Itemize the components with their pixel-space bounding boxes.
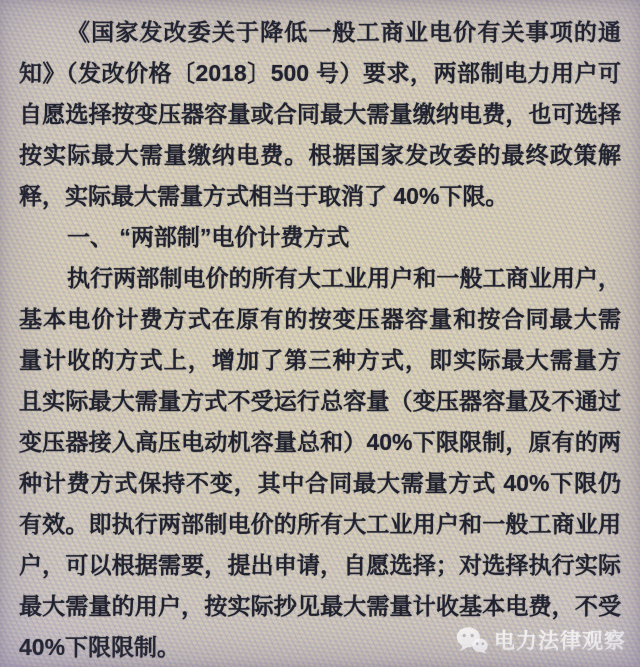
document-line: 有效。即执行两部制电价的所有大工业用户和一般工商业用 <box>19 504 621 545</box>
document-line: 40%下限限制。 <box>19 627 621 667</box>
document-line: 且实际最大需量方式不受运行总容量（变压器容量及不通过 <box>19 381 621 422</box>
document-photo: 《国家发改委关于降低一般工商业电价有关事项的通 知》（发改价格〔2018〕500… <box>0 0 640 667</box>
document-line: 执行两部制电价的所有大工业用户和一般工商业用户， <box>19 258 621 299</box>
section-heading: 一、 “两部制”电价计费方式 <box>19 217 621 258</box>
document-line: 自愿选择按变压器容量或合同最大需量缴纳电费，也可选择 <box>19 94 621 135</box>
document-line: 最大需量的用户，按实际抄见最大需量计收基本电费，不受 <box>19 586 621 627</box>
document-line: 种计费方式保持不变，其中合同最大需量方式 40%下限仍然 <box>19 463 621 504</box>
document-text: 《国家发改委关于降低一般工商业电价有关事项的通 知》（发改价格〔2018〕500… <box>0 0 640 667</box>
document-line: 量计收的方式上，增加了第三种方式，即实际最大需量方式， <box>19 340 621 381</box>
document-line: 基本电价计费方式在原有的按变压器容量和按合同最大需 <box>19 299 621 340</box>
document-line: 知》（发改价格〔2018〕500 号）要求，两部制电力用户可 <box>19 53 621 94</box>
document-line: 户，可以根据需要，提出申请，自愿选择；对选择执行实际 <box>19 545 621 586</box>
document-line: 按实际最大需量缴纳电费。根据国家发改委的最终政策解 <box>19 135 621 176</box>
document-line: 《国家发改委关于降低一般工商业电价有关事项的通 <box>19 12 621 53</box>
document-line: 变压器接入高压电动机容量总和）40%下限限制，原有的两 <box>19 422 621 463</box>
document-line: 释，实际最大需量方式相当于取消了 40%下限。 <box>19 176 621 217</box>
